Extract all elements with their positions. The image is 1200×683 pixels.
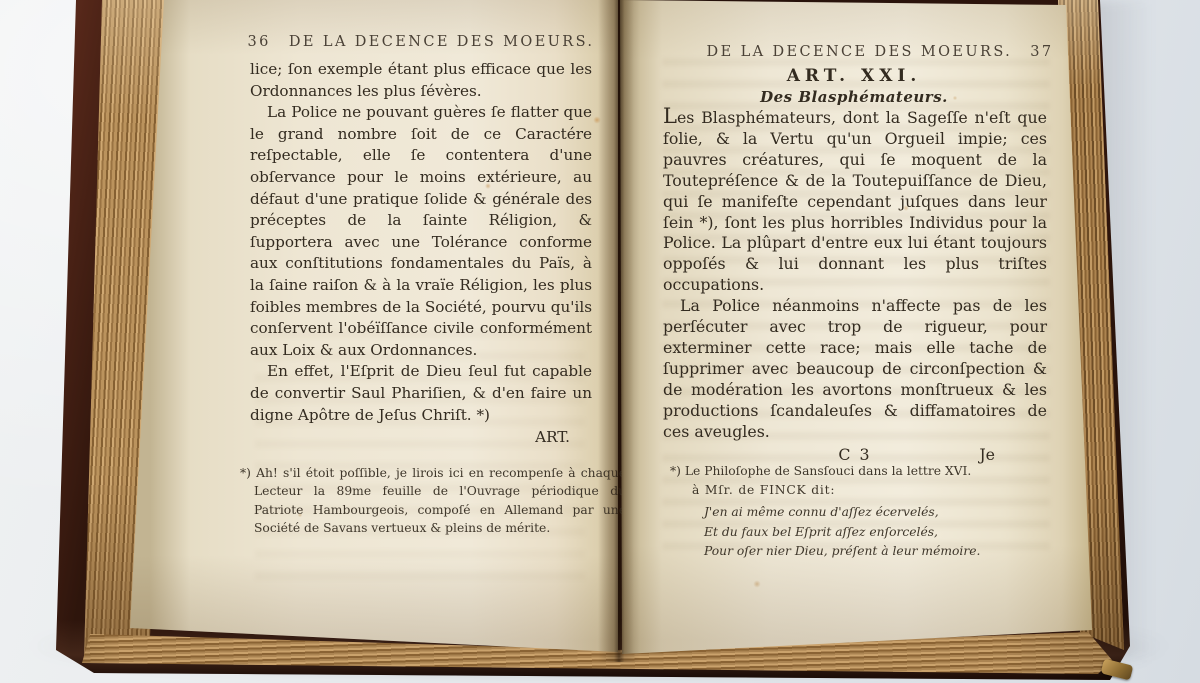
verse-line: Et du faux bel Eſprit aſſez enſorcelés,	[704, 523, 1048, 543]
paragraph: Les Blasphémateurs, dont la Sageſſe n'eſ…	[663, 106, 1047, 296]
book-gutter-shadow	[598, 0, 640, 662]
footnote-line: à Mſr. de FINCK dit:	[670, 481, 1048, 500]
footnote-line: *) Le Philoſophe de Sansſouci dans la le…	[670, 462, 1048, 481]
right-page-number: 37	[1030, 44, 1053, 60]
catchword: ART.	[250, 427, 592, 449]
paragraph: La Police ne pouvant guères ſe flatter q…	[250, 102, 592, 361]
verse-line: Pour oſer nier Dieu, préſent à leur mémo…	[704, 542, 1048, 562]
left-page-number: 36	[248, 34, 271, 50]
initial-letter: L	[663, 104, 677, 128]
right-page-footnote: *) Le Philoſophe de Sansſouci dans la le…	[670, 462, 1048, 562]
verse-line: J'en ai même connu d'aſſez écervelés,	[704, 503, 1048, 523]
right-page-body: Les Blasphémateurs, dont la Sageſſe n'eſ…	[663, 106, 1047, 466]
footnote-verse: J'en ai même connu d'aſſez écervelés, Et…	[670, 503, 1048, 562]
left-page-body: lice; ſon exemple étant plus efficace qu…	[250, 59, 592, 449]
paragraph-text: es Blasphémateurs, dont la Sageſſe n'eſt…	[663, 108, 1047, 294]
left-page-header: 36 DE LA DECENCE DES MOEURS.	[250, 34, 592, 50]
right-running-title: DE LA DECENCE DES MOEURS.	[707, 44, 1013, 60]
paragraph: En effet, l'Eſprit de Dieu ſeul fut capa…	[250, 361, 592, 426]
left-page-footnote: *) Ah! s'il étoit poſſible, je lirois ic…	[240, 464, 626, 538]
right-page-header: DE LA DECENCE DES MOEURS. 37	[700, 44, 1060, 60]
paragraph-continuation: lice; ſon exemple étant plus efficace qu…	[250, 59, 592, 102]
article-heading: ART. XXI.	[664, 66, 1044, 86]
photograph-of-open-book: 36 DE LA DECENCE DES MOEURS. lice; ſon e…	[0, 0, 1200, 683]
article-subheading: Des Blasphémateurs.	[664, 88, 1044, 106]
paragraph: La Police néanmoins n'affecte pas de les…	[663, 296, 1047, 442]
left-running-title: DE LA DECENCE DES MOEURS.	[289, 34, 595, 50]
left-page-content: 36 DE LA DECENCE DES MOEURS. lice; ſon e…	[250, 34, 592, 449]
